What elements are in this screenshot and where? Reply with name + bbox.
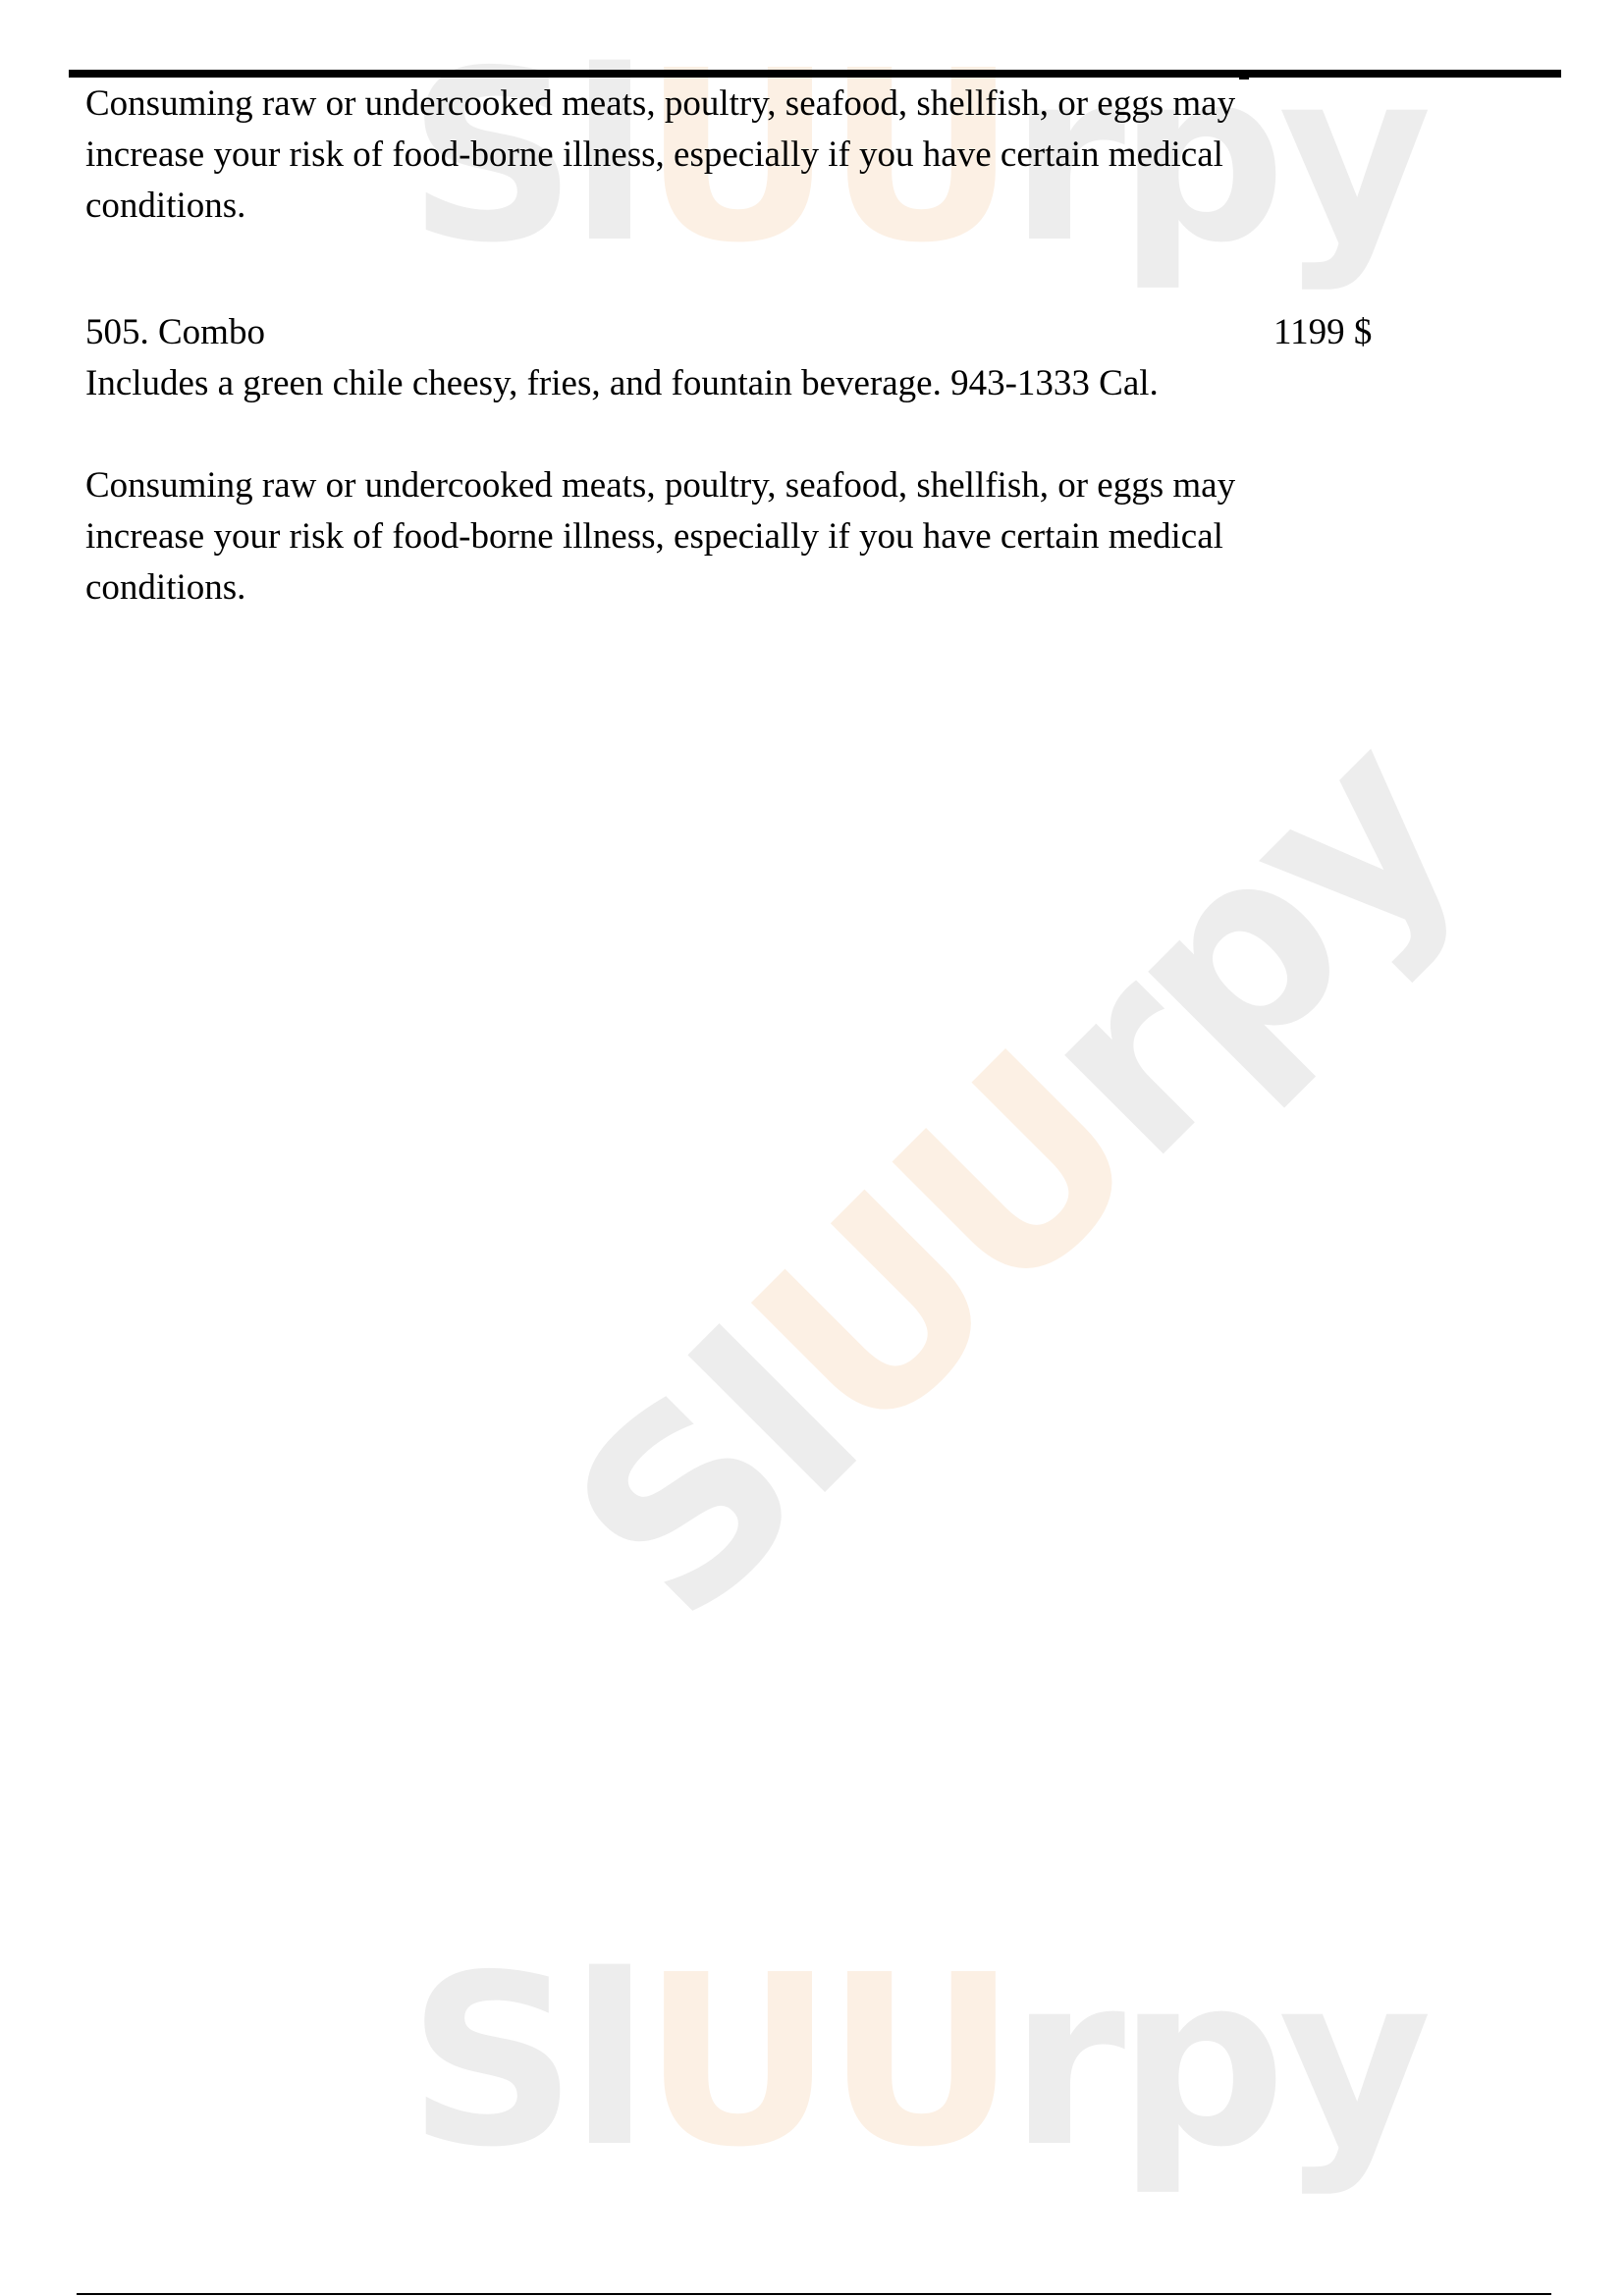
menu-item-name: 505. Combo bbox=[85, 307, 1244, 358]
watermark-middle: SlUUrpy bbox=[518, 683, 1510, 1675]
watermark-text-left: Sl bbox=[518, 1284, 909, 1675]
watermark-text-right: rpy bbox=[1009, 1924, 1425, 2199]
watermark-text-left: Sl bbox=[407, 1924, 642, 2199]
menu-item-price: 1199 $ bbox=[1273, 307, 1372, 358]
menu-item: 505. Combo 1199 $ bbox=[85, 307, 1244, 358]
top-divider bbox=[69, 70, 1561, 78]
watermark-text-accent: UU bbox=[642, 1924, 1009, 2199]
menu-item-description: Includes a green chile cheesy, fries, an… bbox=[85, 358, 1244, 409]
menu-item-food-safety-notice: Consuming raw or undercooked meats, poul… bbox=[85, 460, 1244, 614]
bottom-divider bbox=[77, 2293, 1551, 2295]
menu-content: Consuming raw or undercooked meats, poul… bbox=[85, 79, 1244, 614]
watermark-bottom: SlUUrpy bbox=[407, 1924, 1425, 2199]
watermark-text-accent: UU bbox=[699, 1002, 1191, 1494]
food-safety-notice: Consuming raw or undercooked meats, poul… bbox=[85, 79, 1244, 232]
watermark-text-right: rpy bbox=[982, 683, 1511, 1212]
